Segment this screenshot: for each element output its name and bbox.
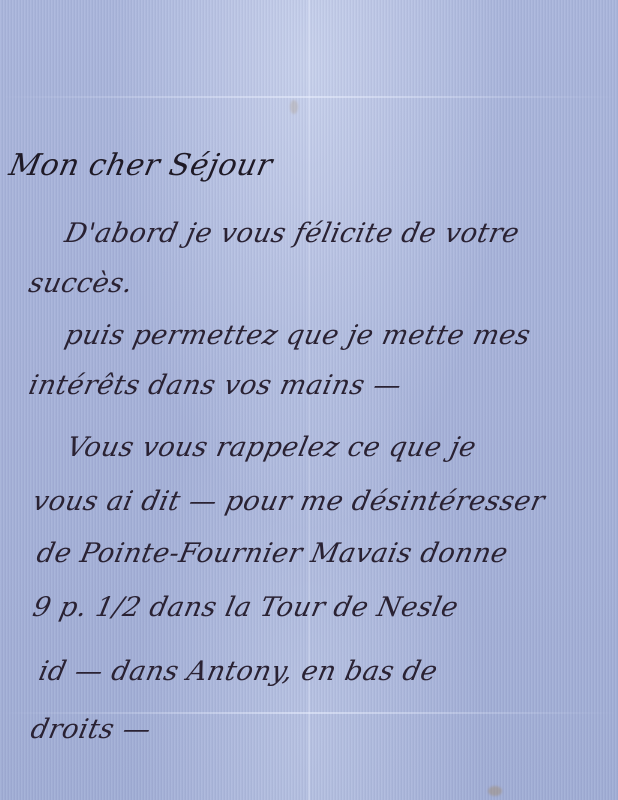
paper-stain (290, 100, 298, 114)
letter-line-6: vous ai dit — pour me désintéresser (30, 486, 548, 517)
letter-line-9: id — dans Antony, en bas de (36, 656, 441, 687)
letter-line-5: Vous vous rappelez ce que je (64, 432, 479, 463)
letter-line-1: D'abord je vous félicite de votre (62, 218, 522, 249)
salutation: Mon cher Séjour (6, 148, 276, 183)
letter-line-7: de Pointe-Fournier Mavais donne (34, 538, 511, 569)
letter-page: Mon cher Séjour D'abord je vous félicite… (0, 0, 618, 800)
letter-line-4: intérêts dans vos mains — (26, 370, 404, 401)
letter-line-3: puis permettez que je mette mes (62, 320, 534, 351)
letter-line-10: droits — (28, 714, 154, 745)
paper-stain (488, 786, 502, 796)
letter-line-8: 9 p. 1/2 dans la Tour de Nesle (30, 592, 461, 623)
letter-line-2: succès. (26, 268, 136, 299)
